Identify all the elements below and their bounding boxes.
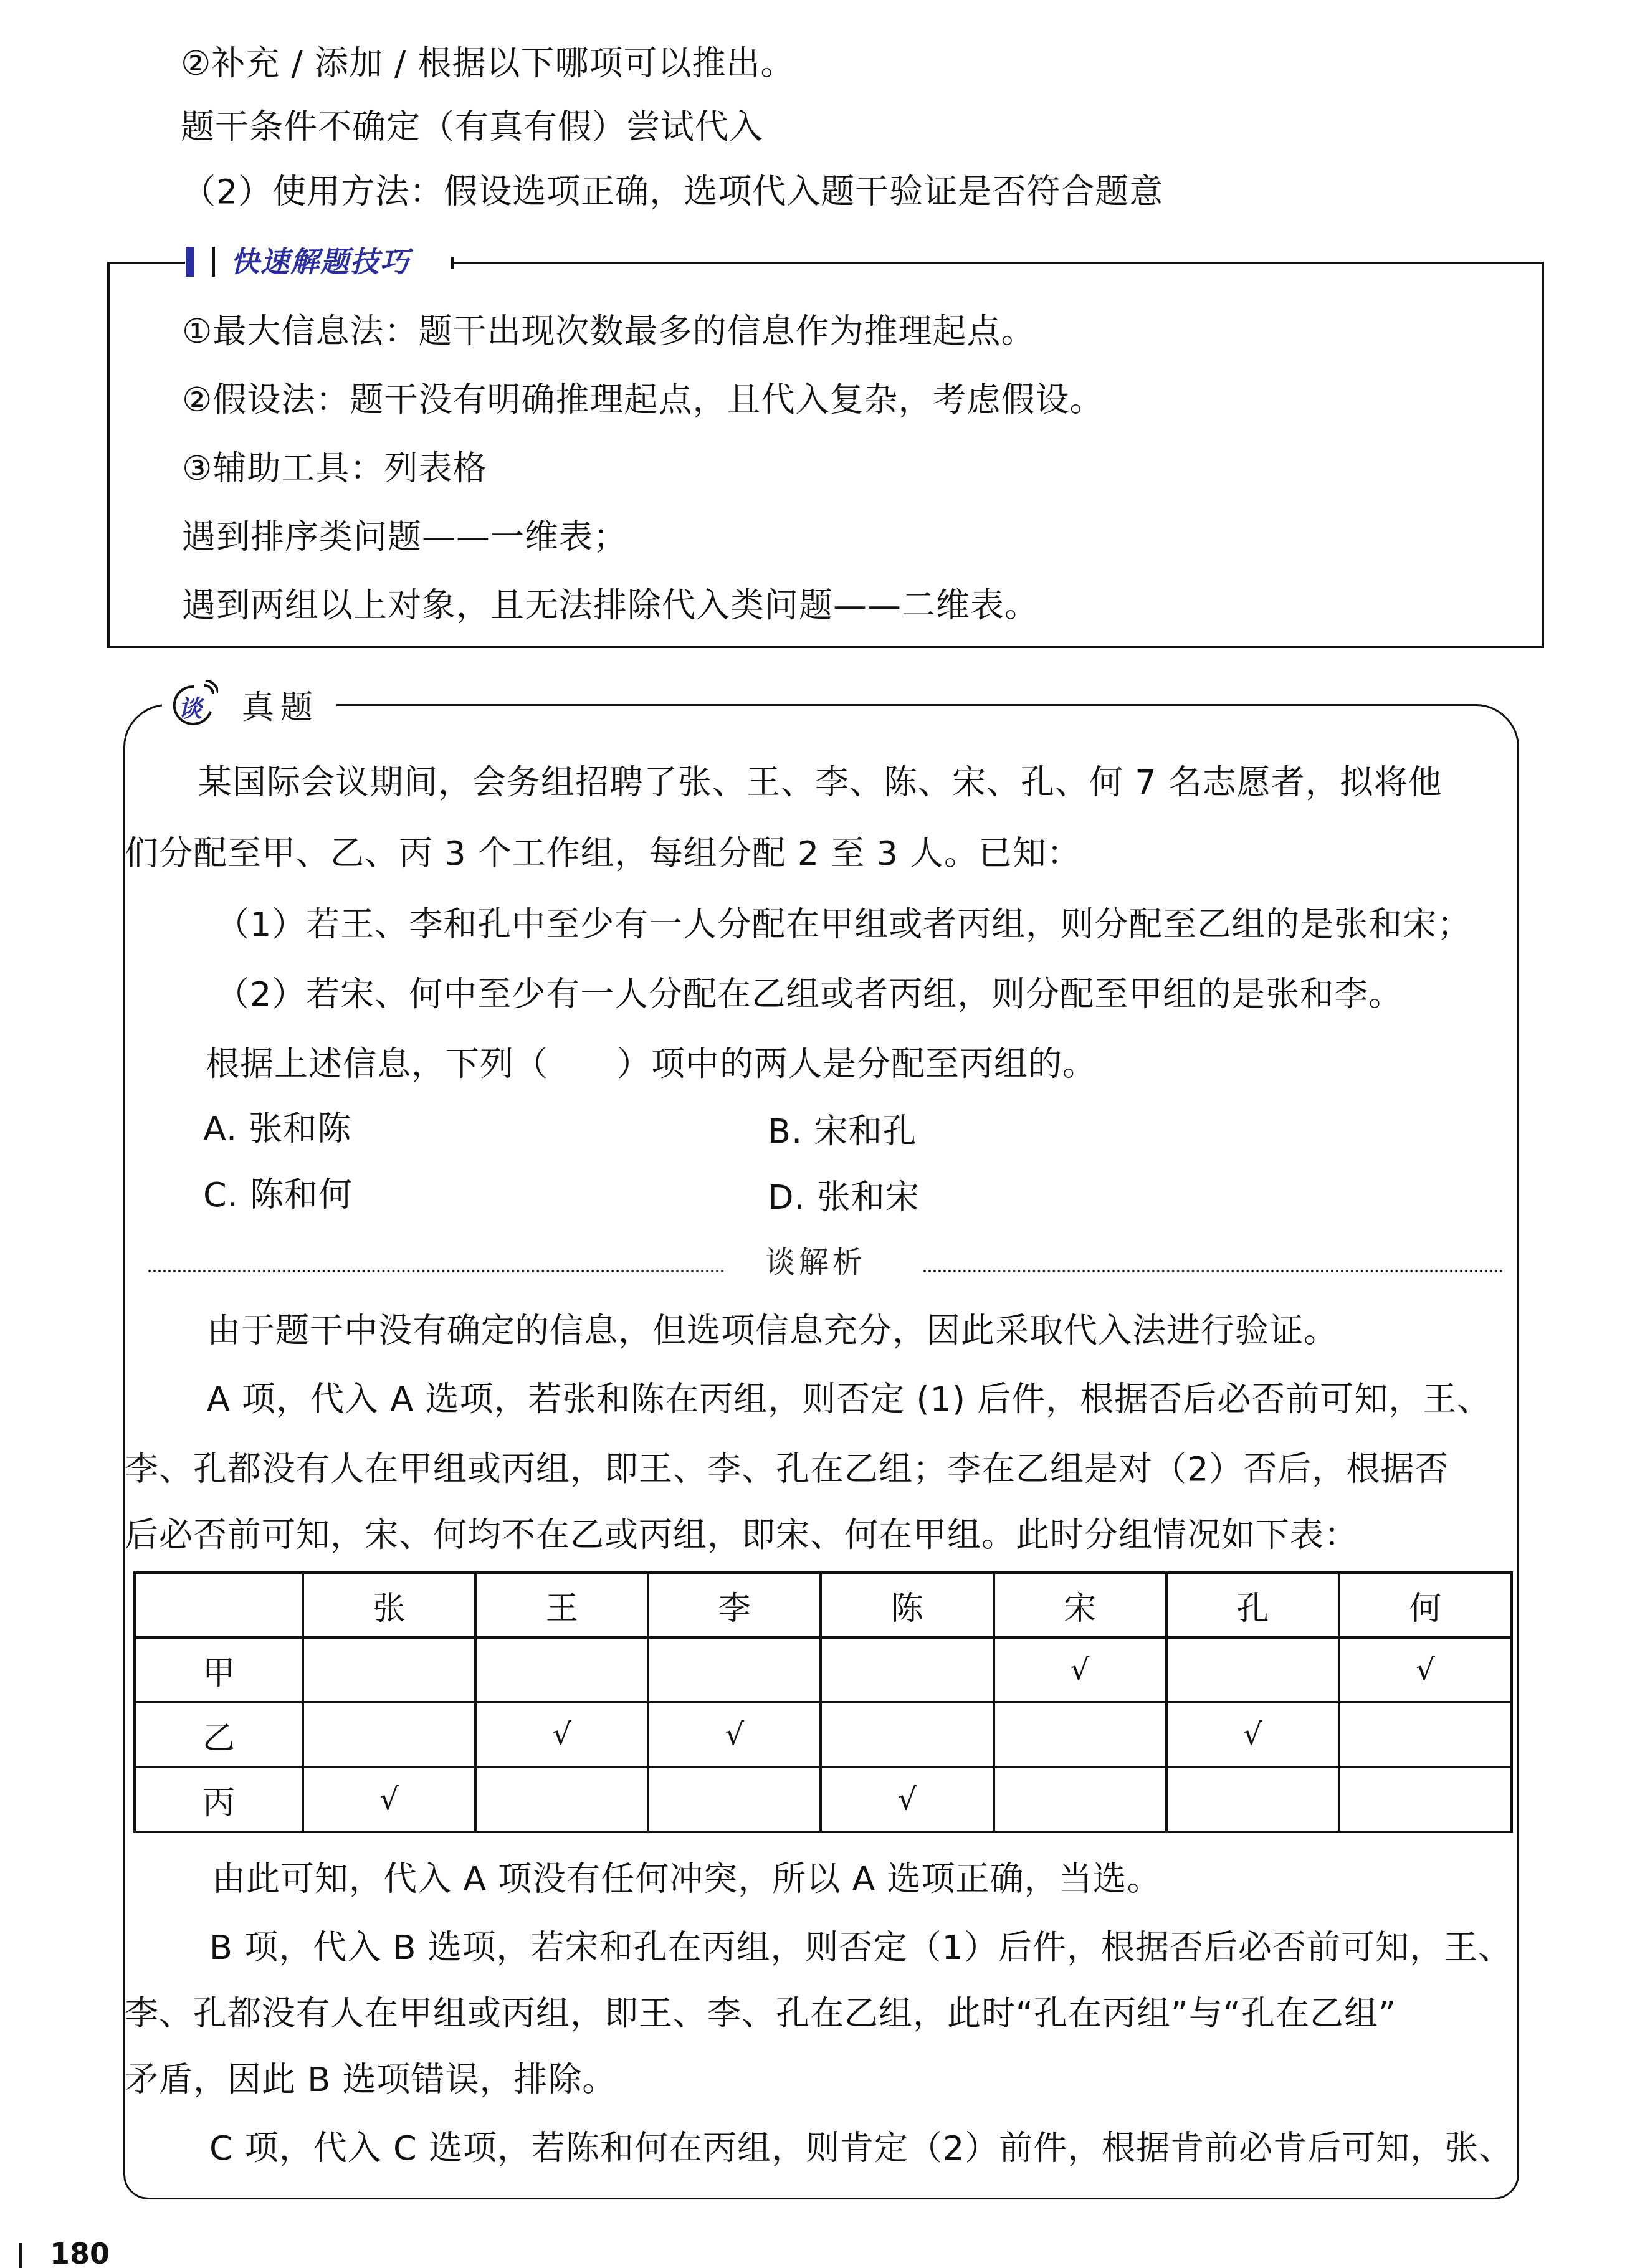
tips-title: 快速解题技巧 bbox=[231, 244, 410, 279]
table-corner bbox=[135, 1573, 303, 1637]
question-stem: （1）若王、李和孔中至少有一人分配在甲组或者丙组，则分配至乙组的是张和宋； bbox=[216, 905, 1471, 945]
row-header: 甲 bbox=[135, 1637, 303, 1702]
question-stem: （2）若宋、何中至少有一人分配在乙组或者丙组，则分配至甲组的是张和李。 bbox=[216, 974, 1403, 1014]
table-cell bbox=[475, 1767, 648, 1832]
analysis-label: 谈解析 bbox=[765, 1244, 866, 1281]
analysis-paragraph: 李、孔都没有人在甲组或丙组，即王、李、孔在乙组，此时“孔在丙组”与“孔在乙组” bbox=[125, 1994, 1396, 2034]
analysis-paragraph: 后必否前可知，宋、何均不在乙或丙组，即宋、何在甲组。此时分组情况如下表： bbox=[125, 1515, 1358, 1555]
table-cell: √ bbox=[821, 1767, 993, 1832]
table-cell: √ bbox=[475, 1702, 648, 1767]
table-cell: √ bbox=[1166, 1702, 1339, 1767]
intro-line-2: 题干条件不确定（有真有假）尝试代入 bbox=[181, 107, 763, 147]
table-cell bbox=[994, 1702, 1166, 1767]
option-d: D. 张和宋 bbox=[768, 1178, 920, 1217]
column-header: 何 bbox=[1339, 1573, 1512, 1637]
intro-line-3: （2）使用方法：假设选项正确，选项代入题干验证是否符合题意 bbox=[182, 172, 1163, 212]
table-cell bbox=[648, 1637, 821, 1702]
tips-border-left-segment bbox=[107, 262, 185, 264]
table-cell bbox=[1166, 1637, 1339, 1702]
analysis-paragraph: 由于题干中没有确定的信息，但选项信息充分，因此采取代入法进行验证。 bbox=[207, 1311, 1338, 1351]
question-stem: 某国际会议期间，会务组招聘了张、王、李、陈、宋、孔、何 7 名志愿者，拟将他 bbox=[198, 763, 1443, 803]
table-cell: √ bbox=[994, 1637, 1166, 1702]
column-header: 张 bbox=[303, 1573, 475, 1637]
table-cell: √ bbox=[1339, 1637, 1512, 1702]
column-header: 宋 bbox=[994, 1573, 1166, 1637]
tips-border-tick bbox=[451, 257, 454, 269]
table-cell bbox=[821, 1702, 993, 1767]
svg-text:谈: 谈 bbox=[178, 695, 205, 722]
page-number: 180 bbox=[50, 2239, 110, 2268]
analysis-divider-left bbox=[148, 1270, 724, 1272]
option-a: A. 张和陈 bbox=[203, 1109, 351, 1149]
tips-border-right-segment bbox=[454, 262, 1544, 264]
tip-item: ③辅助工具：列表格 bbox=[182, 449, 487, 488]
table-cell: √ bbox=[303, 1767, 475, 1832]
table-cell bbox=[821, 1637, 993, 1702]
option-b: B. 宋和孔 bbox=[768, 1112, 917, 1151]
table-row: 乙 √ √ √ bbox=[135, 1702, 1512, 1767]
tip-item: 遇到排序类问题——一维表； bbox=[182, 517, 627, 557]
intro-line-1: ②补充 / 添加 / 根据以下哪项可以推出。 bbox=[181, 44, 794, 83]
table-cell bbox=[1166, 1767, 1339, 1832]
tip-item: ①最大信息法：题干出现次数最多的信息作为推理起点。 bbox=[182, 312, 1035, 351]
page-marker-icon bbox=[19, 2243, 22, 2268]
question-stem: 们分配至甲、乙、丙 3 个工作组，每组分配 2 至 3 人。已知： bbox=[125, 834, 1081, 874]
table-row: 丙 √ √ bbox=[135, 1767, 1512, 1832]
tips-divider-icon bbox=[212, 247, 215, 277]
column-header: 陈 bbox=[821, 1573, 993, 1637]
row-header: 乙 bbox=[135, 1702, 303, 1767]
analysis-paragraph: 由此可知，代入 A 项没有任何冲突，所以 A 选项正确，当选。 bbox=[212, 1859, 1161, 1899]
talk-badge-icon: 谈 bbox=[169, 680, 218, 729]
analysis-divider-right bbox=[923, 1270, 1503, 1272]
table-cell bbox=[1339, 1702, 1512, 1767]
table-cell: √ bbox=[648, 1702, 821, 1767]
analysis-paragraph: 矛盾，因此 B 选项错误，排除。 bbox=[125, 2060, 616, 2100]
section-title: 真题 bbox=[242, 689, 319, 727]
analysis-paragraph: C 项，代入 C 选项，若陈和何在丙组，则肯定（2）前件，根据肯前必肯后可知，张… bbox=[209, 2128, 1513, 2168]
option-c: C. 陈和何 bbox=[203, 1175, 353, 1215]
tips-bar-icon bbox=[186, 247, 194, 277]
table-cell bbox=[994, 1767, 1166, 1832]
question-stem: 根据上述信息，下列（ ）项中的两人是分配至丙组的。 bbox=[206, 1044, 1097, 1084]
column-header: 孔 bbox=[1166, 1573, 1339, 1637]
table-cell bbox=[303, 1702, 475, 1767]
analysis-paragraph: A 项，代入 A 选项，若张和陈在丙组，则否定 (1) 后件，根据否后必否前可知… bbox=[207, 1379, 1491, 1419]
column-header: 王 bbox=[475, 1573, 648, 1637]
tip-item: 遇到两组以上对象，且无法排除代入类问题——二维表。 bbox=[182, 586, 1039, 626]
table-cell bbox=[475, 1637, 648, 1702]
grouping-table: 张 王 李 陈 宋 孔 何 甲 √ √ 乙 √ √ √ 丙 √ √ bbox=[133, 1571, 1513, 1833]
tip-item: ②假设法：题干没有明确推理起点，且代入复杂，考虑假设。 bbox=[182, 380, 1104, 420]
table-header-row: 张 王 李 陈 宋 孔 何 bbox=[135, 1573, 1512, 1637]
table-row: 甲 √ √ bbox=[135, 1637, 1512, 1702]
table-cell bbox=[1339, 1767, 1512, 1832]
analysis-paragraph: B 项，代入 B 选项，若宋和孔在丙组，则否定（1）后件，根据否后必否前可知，王… bbox=[209, 1928, 1512, 1968]
column-header: 李 bbox=[648, 1573, 821, 1637]
table-cell bbox=[303, 1637, 475, 1702]
table-cell bbox=[648, 1767, 821, 1832]
row-header: 丙 bbox=[135, 1767, 303, 1832]
analysis-paragraph: 李、孔都没有人在甲组或丙组，即王、李、孔在乙组；李在乙组是对（2）否后，根据否 bbox=[125, 1449, 1449, 1489]
